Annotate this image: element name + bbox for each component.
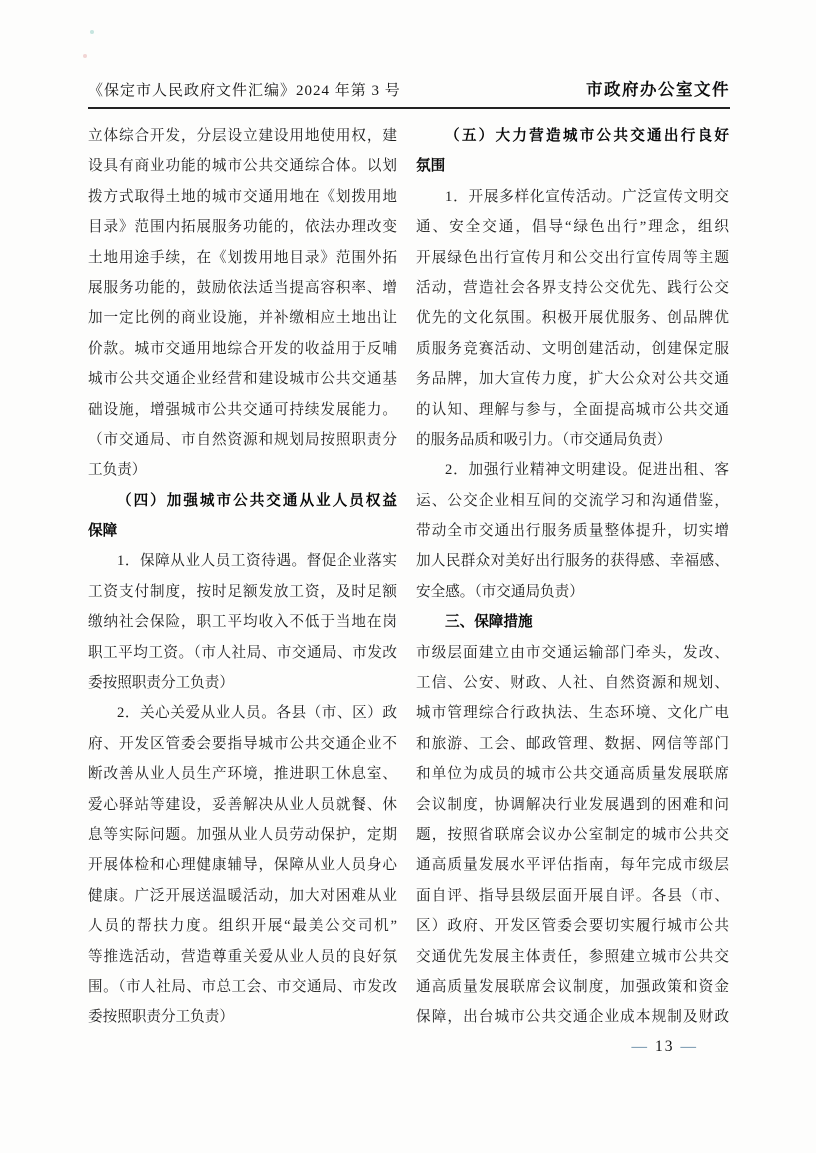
text-line: 工信、公安、财政、人社、自然资源和规划、 bbox=[416, 668, 729, 698]
text-line: 开展体检和心理健康辅导，保障从业人员身心 bbox=[88, 850, 397, 880]
text-line: 职工平均工资。（市人社局、市交通局、市发改 bbox=[88, 638, 397, 668]
text-line: 活动，营造社会各界支持公交优先、践行公交 bbox=[416, 273, 729, 303]
text-line: 爱心驿站等建设，妥善解决从业人员就餐、休 bbox=[88, 790, 397, 820]
text-line: 的认知、理解与参与，全面提高城市公共交通 bbox=[416, 395, 729, 425]
text-line: 通高质量发展水平评估指南，每年完成市级层 bbox=[416, 850, 729, 880]
page-number: —13— bbox=[626, 1035, 705, 1059]
text-line: 1．保障从业人员工资待遇。督促企业落实 bbox=[88, 546, 397, 576]
page-number-dash-left: — bbox=[626, 1038, 656, 1055]
text-line: 保障 bbox=[88, 516, 397, 546]
text-line: 健康。广泛开展送温暖活动，加大对困难从业 bbox=[88, 881, 397, 911]
text-line: （四）加强城市公共交通从业人员权益 bbox=[88, 486, 397, 516]
text-line: 交通优先发展主体责任，参照建立城市公共交 bbox=[416, 942, 729, 972]
text-line: 安全感。（市交通局负责） bbox=[416, 577, 729, 607]
document-page: 《保定市人民政府文件汇编》2024 年第 3 号 市政府办公室文件 立体综合开发… bbox=[0, 0, 816, 1153]
text-line: 2．加强行业精神文明建设。促进出租、客 bbox=[416, 455, 729, 485]
text-line: 1．开展多样化宣传活动。广泛宣传文明交 bbox=[416, 182, 729, 212]
text-line: 委按照职责分工负责） bbox=[88, 668, 397, 698]
text-line: 2．关心关爱从业人员。各县（市、区）政 bbox=[88, 698, 397, 728]
text-line: 展服务功能的，鼓励依法适当提高容积率、增 bbox=[88, 273, 397, 303]
text-line: 工资支付制度，按时足额发放工资，及时足额 bbox=[88, 577, 397, 607]
page-number-dash-right: — bbox=[675, 1038, 705, 1055]
text-line: 氛围 bbox=[416, 151, 729, 181]
text-line: 加人民群众对美好出行服务的获得感、幸福感、 bbox=[416, 546, 729, 576]
text-line: 设具有商业功能的城市公共交通综合体。以划 bbox=[88, 151, 397, 181]
text-line: 带动全市交通出行服务质量整体提升，切实增 bbox=[416, 516, 729, 546]
text-line: 目录》范围内拓展服务功能的，依法办理改变 bbox=[88, 212, 397, 242]
text-line: 区）政府、开发区管委会要切实履行城市公共 bbox=[416, 911, 729, 941]
header-document-type: 市政府办公室文件 bbox=[586, 76, 730, 100]
column-left: 立体综合开发，分层设立建设用地使用权，建设具有商业功能的城市公共交通综合体。以划… bbox=[88, 121, 397, 1033]
text-line: 面自评、指导县级层面开展自评。各县（市、 bbox=[416, 881, 729, 911]
text-line: 通高质量发展联席会议制度，加强政策和资金 bbox=[416, 972, 729, 1002]
text-line: 围。（市人社局、市总工会、市交通局、市发改 bbox=[88, 972, 397, 1002]
text-line: 人员的帮扶力度。组织开展“最美公交司机” bbox=[88, 911, 397, 941]
text-line: 质服务竞赛活动、文明创建活动，创建保定服 bbox=[416, 334, 729, 364]
page-header: 《保定市人民政府文件汇编》2024 年第 3 号 市政府办公室文件 bbox=[88, 0, 730, 100]
text-line: （市交通局、市自然资源和规划局按照职责分 bbox=[88, 425, 397, 455]
text-line: 保障，出台城市公共交通企业成本规制及财政 bbox=[416, 1002, 729, 1032]
text-line: （五）大力营造城市公共交通出行良好 bbox=[416, 121, 729, 151]
text-line: 缴纳社会保险，职工平均收入不低于当地在岗 bbox=[88, 607, 397, 637]
text-line: 府、开发区管委会要指导城市公共交通企业不 bbox=[88, 729, 397, 759]
text-line: 优先的文化氛围。积极开展优服务、创品牌优 bbox=[416, 303, 729, 333]
text-line: 价款。城市交通用地综合开发的收益用于反哺 bbox=[88, 334, 397, 364]
header-compilation-title: 《保定市人民政府文件汇编》2024 年第 3 号 bbox=[88, 79, 401, 100]
page-number-value: 13 bbox=[655, 1038, 675, 1055]
text-line: 城市公共交通企业经营和建设城市公共交通基 bbox=[88, 364, 397, 394]
text-line: 运、公交企业相互间的交流学习和沟通借鉴， bbox=[416, 486, 729, 516]
text-line: 立体综合开发，分层设立建设用地使用权，建 bbox=[88, 121, 397, 151]
text-line: 通、安全交通，倡导“绿色出行”理念，组织 bbox=[416, 212, 729, 242]
text-line: 三、保障措施 bbox=[416, 607, 729, 637]
text-line: 市级层面建立由市交通运输部门牵头，发改、 bbox=[416, 638, 729, 668]
text-line: 开展绿色出行宣传月和公交出行宣传周等主题 bbox=[416, 243, 729, 273]
text-line: 会议制度，协调解决行业发展遇到的困难和问 bbox=[416, 790, 729, 820]
text-line: 息等实际问题。加强从业人员劳动保护，定期 bbox=[88, 820, 397, 850]
text-line: 加一定比例的商业设施，并补缴相应土地出让 bbox=[88, 303, 397, 333]
text-line: 和单位为成员的城市公共交通高质量发展联席 bbox=[416, 759, 729, 789]
text-line: 务品牌，加大宣传力度，扩大公众对公共交通 bbox=[416, 364, 729, 394]
document-body: 立体综合开发，分层设立建设用地使用权，建设具有商业功能的城市公共交通综合体。以划… bbox=[88, 121, 730, 1033]
text-line: 拨方式取得土地的城市交通用地在《划拨用地 bbox=[88, 182, 397, 212]
text-line: 断改善从业人员生产环境，推进职工休息室、 bbox=[88, 759, 397, 789]
column-right: （五）大力营造城市公共交通出行良好氛围1．开展多样化宣传活动。广泛宣传文明交通、… bbox=[416, 121, 729, 1033]
text-line: 等推选活动，营造尊重关爱从业人员的良好氛 bbox=[88, 942, 397, 972]
text-line: 委按照职责分工负责） bbox=[88, 1002, 397, 1032]
scan-artifact-speck bbox=[90, 30, 94, 34]
header-divider-line bbox=[88, 107, 730, 109]
text-line: 工负责） bbox=[88, 455, 397, 485]
text-line: 础设施，增强城市公共交通可持续发展能力。 bbox=[88, 395, 397, 425]
scan-artifact-speck bbox=[83, 54, 87, 58]
text-line: 题，按照省联席会议办公室制定的城市公共交 bbox=[416, 820, 729, 850]
text-line: 和旅游、工会、邮政管理、数据、网信等部门 bbox=[416, 729, 729, 759]
text-line: 的服务品质和吸引力。（市交通局负责） bbox=[416, 425, 729, 455]
text-line: 土地用途手续，在《划拨用地目录》范围外拓 bbox=[88, 243, 397, 273]
text-line: 城市管理综合行政执法、生态环境、文化广电 bbox=[416, 698, 729, 728]
